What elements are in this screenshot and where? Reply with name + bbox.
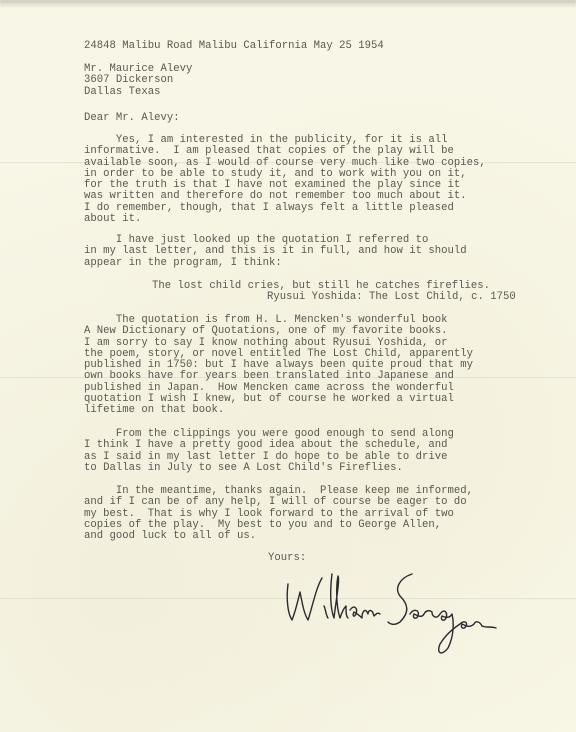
body-line: informative. I am pleased that copies of… — [84, 146, 486, 157]
handwritten-signature: William Saroyan — [282, 570, 532, 670]
recipient-city: Dallas Texas — [84, 87, 192, 98]
body-line: appear in the program, I think: — [84, 258, 467, 269]
body-line: in my last letter, and this is it in ful… — [84, 246, 467, 257]
quotation-attribution: Ryusui Yoshida: The Lost Child, c. 1750 — [267, 292, 516, 303]
recipient-street: 3607 Dickerson — [84, 75, 192, 86]
salutation: Dear Mr. Alevy: — [84, 113, 180, 124]
paragraph-4: From the clippings you were good enough … — [84, 429, 454, 474]
body-line: and good luck to all of us. — [84, 531, 473, 542]
body-line: and if I can be of any help, I will of c… — [84, 497, 473, 508]
paragraph-3: The quotation is from H. L. Mencken's wo… — [84, 315, 473, 417]
body-line: I think I have a pretty good idea about … — [84, 440, 454, 451]
closing: Yours: — [268, 553, 306, 564]
body-line: about it. — [84, 214, 486, 225]
recipient-address: Mr. Maurice Alevy 3607 Dickerson Dallas … — [84, 64, 192, 98]
paper-torn-top-edge — [0, 0, 576, 8]
letterhead-address-date: 24848 Malibu Road Malibu California May … — [84, 41, 384, 52]
paragraph-5: In the meantime, thanks again. Please ke… — [84, 486, 473, 542]
letter-page: 24848 Malibu Road Malibu California May … — [0, 0, 576, 732]
body-line: I do remember, though, that I always fel… — [84, 203, 486, 214]
paragraph-1: Yes, I am interested in the publicity, f… — [84, 135, 486, 225]
body-line: A New Dictionary of Quotations, one of m… — [84, 326, 473, 337]
body-line: to Dallas in July to see A Lost Child's … — [84, 463, 454, 474]
paragraph-2: I have just looked up the quotation I re… — [84, 235, 467, 269]
body-line: lifetime on that book. — [84, 405, 473, 416]
